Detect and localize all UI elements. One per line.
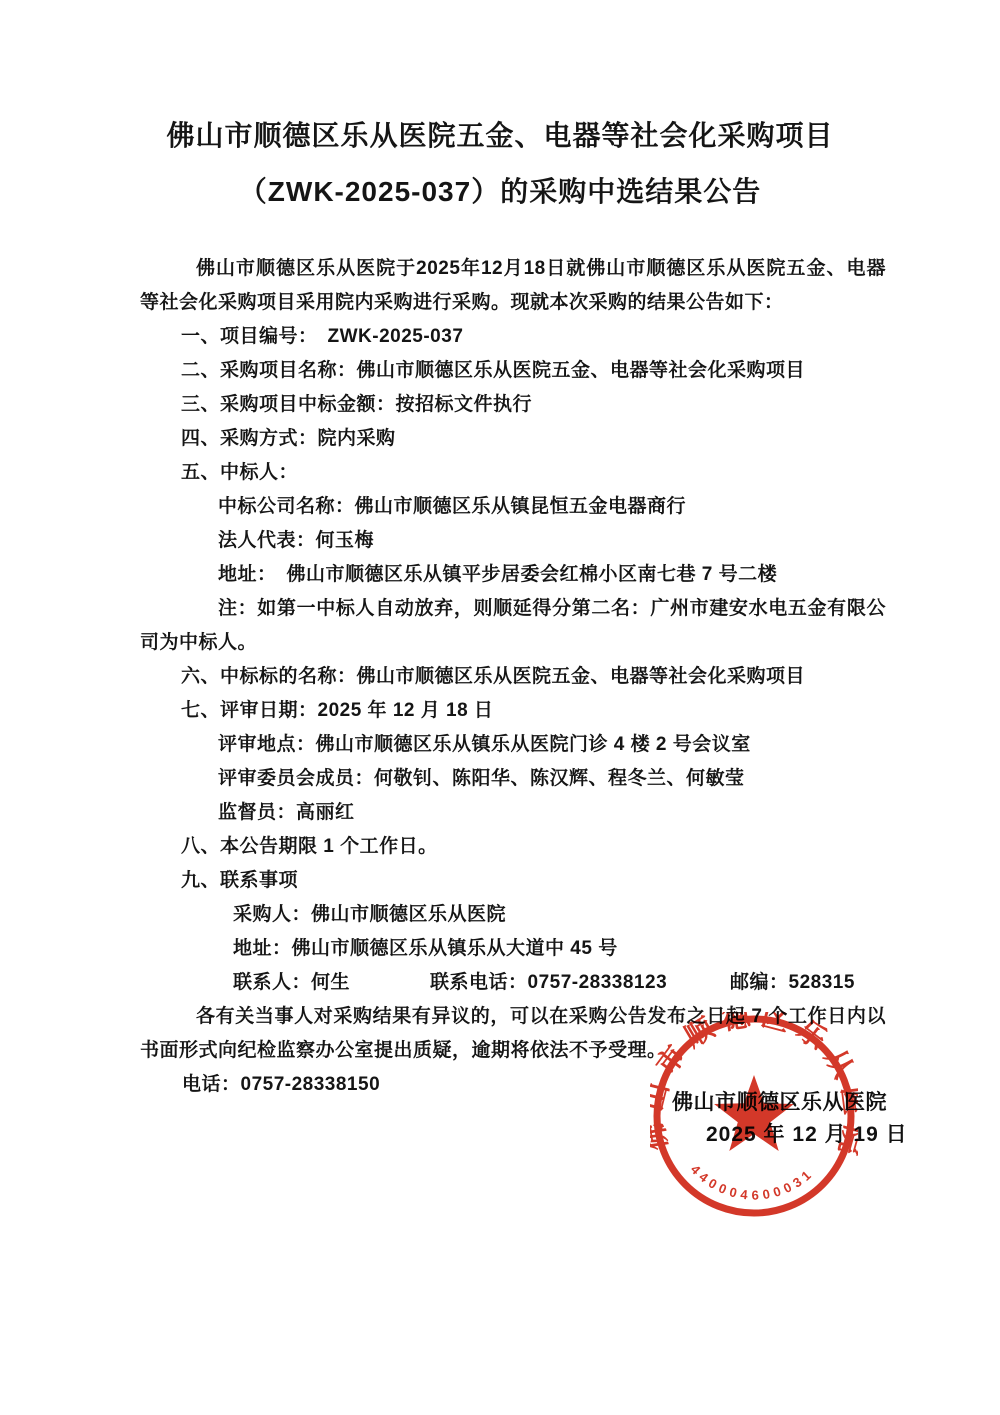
svg-text:440004600031: 440004600031	[688, 1162, 817, 1203]
doc-title-line1: 佛山市顺德区乐从医院五金、电器等社会化采购项目	[0, 0, 1000, 154]
signature-org: 佛山市顺德区乐从医院	[672, 1086, 887, 1116]
contact-address: 地址：佛山市顺德区乐从镇乐从大道中 45 号	[140, 932, 886, 966]
contact-purchaser: 采购人：佛山市顺德区乐从医院	[140, 898, 886, 932]
winner-note: 注：如第一中标人自动放弃，则顺延得分第二名：广州市建安水电五金有限公司为中标人。	[140, 592, 886, 660]
contact-postcode: 邮编：528315	[730, 972, 855, 993]
review-location: 评审地点：佛山市顺德区乐从镇乐从医院门诊 4 楼 2 号会议室	[140, 728, 886, 762]
item-contact-heading: 九、联系事项	[140, 864, 886, 898]
contact-row: 联系人：何生联系电话：0757-28338123邮编：528315	[140, 966, 886, 1000]
winner-address: 地址： 佛山市顺德区乐从镇平步居委会红棉小区南七巷 7 号二楼	[140, 558, 886, 592]
item-project-number: 一、项目编号： ZWK-2025-037	[140, 320, 886, 354]
item-review-date: 七、评审日期：2025 年 12 月 18 日	[140, 694, 886, 728]
winner-legal-rep: 法人代表：何玉梅	[140, 524, 886, 558]
doc-body: 佛山市顺德区乐从医院于2025年12月18日就佛山市顺德区乐从医院五金、电器等社…	[0, 252, 1000, 1102]
seal-code: 440004600031	[688, 1162, 817, 1203]
contact-person: 联系人：何生	[233, 966, 430, 1000]
item-project-name: 二、采购项目名称：佛山市顺德区乐从医院五金、电器等社会化采购项目	[140, 354, 886, 388]
contact-phone: 联系电话：0757-28338123	[430, 966, 730, 1000]
supervisor: 监督员：高丽红	[140, 796, 886, 830]
item-award-amount: 三、采购项目中标金额：按招标文件执行	[140, 388, 886, 422]
review-committee: 评审委员会成员：何敬钊、陈阳华、陈汉辉、程冬兰、何敏莹	[140, 762, 886, 796]
winner-company-name: 中标公司名称：佛山市顺德区乐从镇昆恒五金电器商行	[140, 490, 886, 524]
intro-paragraph: 佛山市顺德区乐从医院于2025年12月18日就佛山市顺德区乐从医院五金、电器等社…	[140, 252, 886, 320]
objection-paragraph: 各有关当事人对采购结果有异议的，可以在采购公告发布之日起 7 个工作日内以书面形…	[140, 1000, 886, 1068]
item-winner-heading: 五、中标人：	[140, 456, 886, 490]
item-award-subject: 六、中标标的名称：佛山市顺德区乐从医院五金、电器等社会化采购项目	[140, 660, 886, 694]
item-announcement-period: 八、本公告期限 1 个工作日。	[140, 830, 886, 864]
item-procurement-method: 四、采购方式：院内采购	[140, 422, 886, 456]
document-page: 佛山市顺德区乐从医院五金、电器等社会化采购项目 （ZWK-2025-037）的采…	[0, 0, 1000, 1415]
doc-title-line2: （ZWK-2025-037）的采购中选结果公告	[0, 174, 1000, 210]
signature-date: 2025 年 12 月 19 日	[706, 1118, 908, 1148]
